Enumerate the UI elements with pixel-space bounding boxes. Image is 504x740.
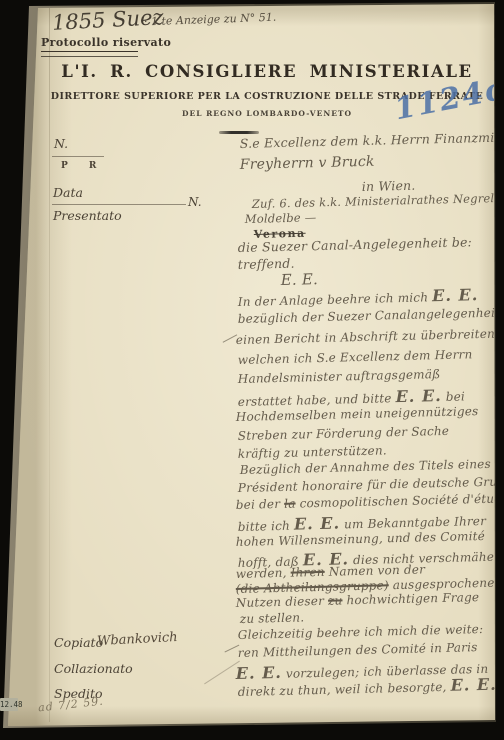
handwriting-segment: hochwichtigen Frage [342, 590, 479, 607]
handwriting-segment: treffend. [238, 256, 295, 272]
handwriting-segment: E. E. [432, 285, 479, 305]
body-line: einen Bericht in Abschrift zu überbreite… [236, 327, 499, 347]
body-line: Handelsminister auftragsgemäß [238, 367, 441, 386]
handwriting-segment: ausgesprochenen [389, 575, 503, 592]
handwriting-segment: E. E. [395, 386, 442, 406]
handwriting-segment: ren Mittheilungen des Comité in Paris [238, 640, 478, 660]
archive-corner-tag: 12.48 [0, 698, 18, 711]
address-line: treffend. [238, 256, 295, 272]
handwriting-segment: cosmopolitischen Société d'études [295, 491, 504, 510]
body-line: zu stellen. [240, 610, 305, 626]
handwriting-segment: Moldelbe — [245, 210, 317, 226]
handwriting-segment: Zuf. 6. des k.k. Ministerialrathes Negre… [252, 191, 503, 211]
address-line: Freyherrn v Bruck [240, 154, 375, 173]
handwriting-segment: kräftig zu unterstützen. [238, 443, 387, 461]
handwriting-segment: Namen von der [325, 562, 426, 578]
handwriting-segment: E. E. [294, 514, 341, 534]
handwriting-segment: einen Bericht in Abschrift zu überbreite… [236, 327, 499, 347]
handwriting-segment: Nutzen dieser [236, 594, 329, 610]
address-line: in Wien. [362, 178, 416, 194]
handwritten-text-layer: S.e Excellenz dem k.k. Herrn Finanzminis… [0, 0, 504, 740]
body-line: welchen ich S.e Excellenz dem Herrn [238, 347, 473, 367]
handwriting-segment: welchen ich S.e Excellenz dem Herrn [238, 347, 473, 367]
body-line: bei der la cosmopolitischen Société d'ét… [236, 491, 504, 512]
handwriting-segment: bei der [236, 497, 285, 512]
handwriting-segment: zu stellen. [240, 610, 305, 626]
handwriting-segment: Freyherrn v Bruck [240, 154, 375, 173]
handwriting-segment: bei [442, 389, 466, 404]
address-line: Moldelbe — [245, 210, 317, 226]
handwriting-segment: S.e Excellenz dem k.k. Herrn Finanzminis… [240, 129, 504, 151]
address-line: Zuf. 6. des k.k. Ministerialrathes Negre… [252, 191, 503, 211]
body-line: kräftig zu unterstützen. [238, 443, 387, 461]
handwriting-segment: E. E. [281, 270, 319, 289]
address-line: E. E. [281, 270, 319, 289]
handwriting-segment: Streben zur Förderung der Sache [238, 424, 450, 443]
handwriting-segment: E. E. [450, 675, 497, 695]
handwriting-segment: Handelsminister auftragsgemäß [238, 367, 441, 386]
handwriting-segment: werden, [236, 566, 291, 581]
handwriting-segment: la [284, 497, 296, 511]
body-line: ren Mittheilungen des Comité in Paris [238, 640, 478, 660]
handwriting-segment: bitte ich [238, 519, 295, 534]
letter-paper: 1855 Suez · 1.te Anzeige zu N° 51. Proto… [0, 0, 504, 740]
handwriting-segment: In der Anlage beehre ich mich [238, 290, 433, 309]
handwriting-segment: zu [328, 593, 343, 607]
body-line: Streben zur Förderung der Sache [238, 424, 450, 443]
scanned-document-page: { "colors": { "background": "#0c0b08", "… [0, 0, 504, 740]
handwriting-segment: direkt zu thun, weil ich besorgte, [238, 680, 451, 699]
handwriting-segment: Ihren [291, 565, 325, 580]
address-line: S.e Excellenz dem k.k. Herrn Finanzminis… [240, 129, 504, 151]
handwriting-segment: in Wien. [362, 178, 416, 194]
